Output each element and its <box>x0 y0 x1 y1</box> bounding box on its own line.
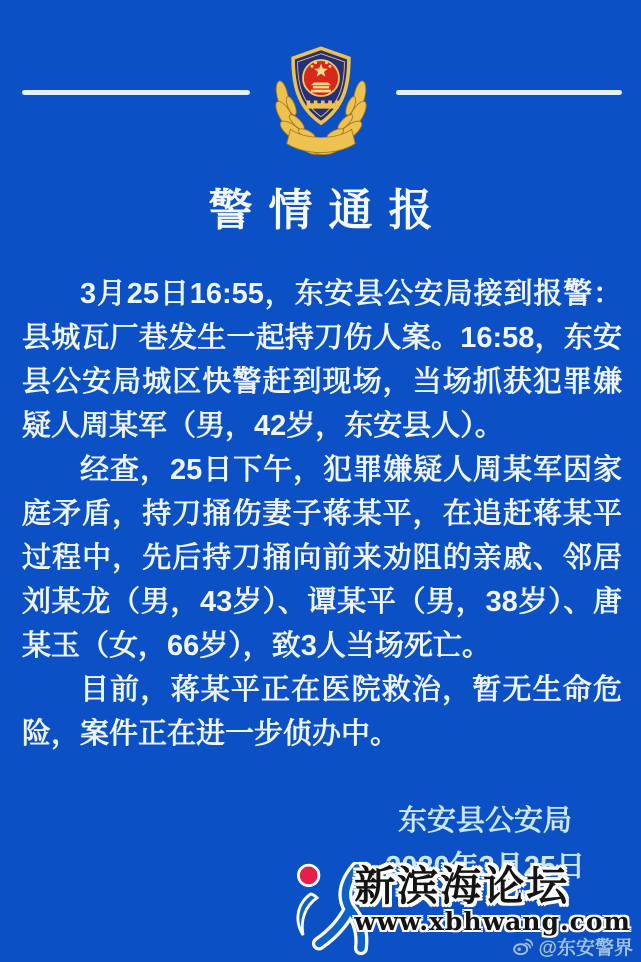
weibo-credit-text: @东安警界 <box>538 933 633 960</box>
police-notice-poster: 警情通报 3月25日16:55，东安县公安局接到报警：县城瓦厂巷发生一起持刀伤人… <box>0 0 641 962</box>
agency-name: 东安县公安局 <box>385 798 585 844</box>
watermark-site-name: 新滨海论坛 <box>354 864 631 908</box>
right-divider-line <box>396 90 622 95</box>
watermark-text-block: 新滨海论坛 www.xbhwang.com <box>354 864 631 935</box>
police-emblem-icon <box>267 36 375 174</box>
weibo-icon <box>513 938 533 955</box>
left-divider-line <box>22 90 250 95</box>
watermark-site-url: www.xbhwang.com <box>354 908 631 935</box>
notice-paragraph: 3月25日16:55，东安县公安局接到报警：县城瓦厂巷发生一起持刀伤人案。16:… <box>22 272 622 448</box>
notice-paragraph: 目前，蒋某平正在医院救治，暂无生命危险，案件正在进一步侦办中。 <box>22 668 622 756</box>
weibo-credit: @东安警界 <box>513 933 633 960</box>
notice-body: 3月25日16:55，东安县公安局接到报警：县城瓦厂巷发生一起持刀伤人案。16:… <box>22 272 622 756</box>
notice-title: 警情通报 <box>0 174 641 238</box>
notice-paragraph: 经查，25日下午，犯罪嫌疑人周某军因家庭矛盾，持刀捅伤妻子蒋某平，在追赶蒋某平过… <box>22 448 622 668</box>
